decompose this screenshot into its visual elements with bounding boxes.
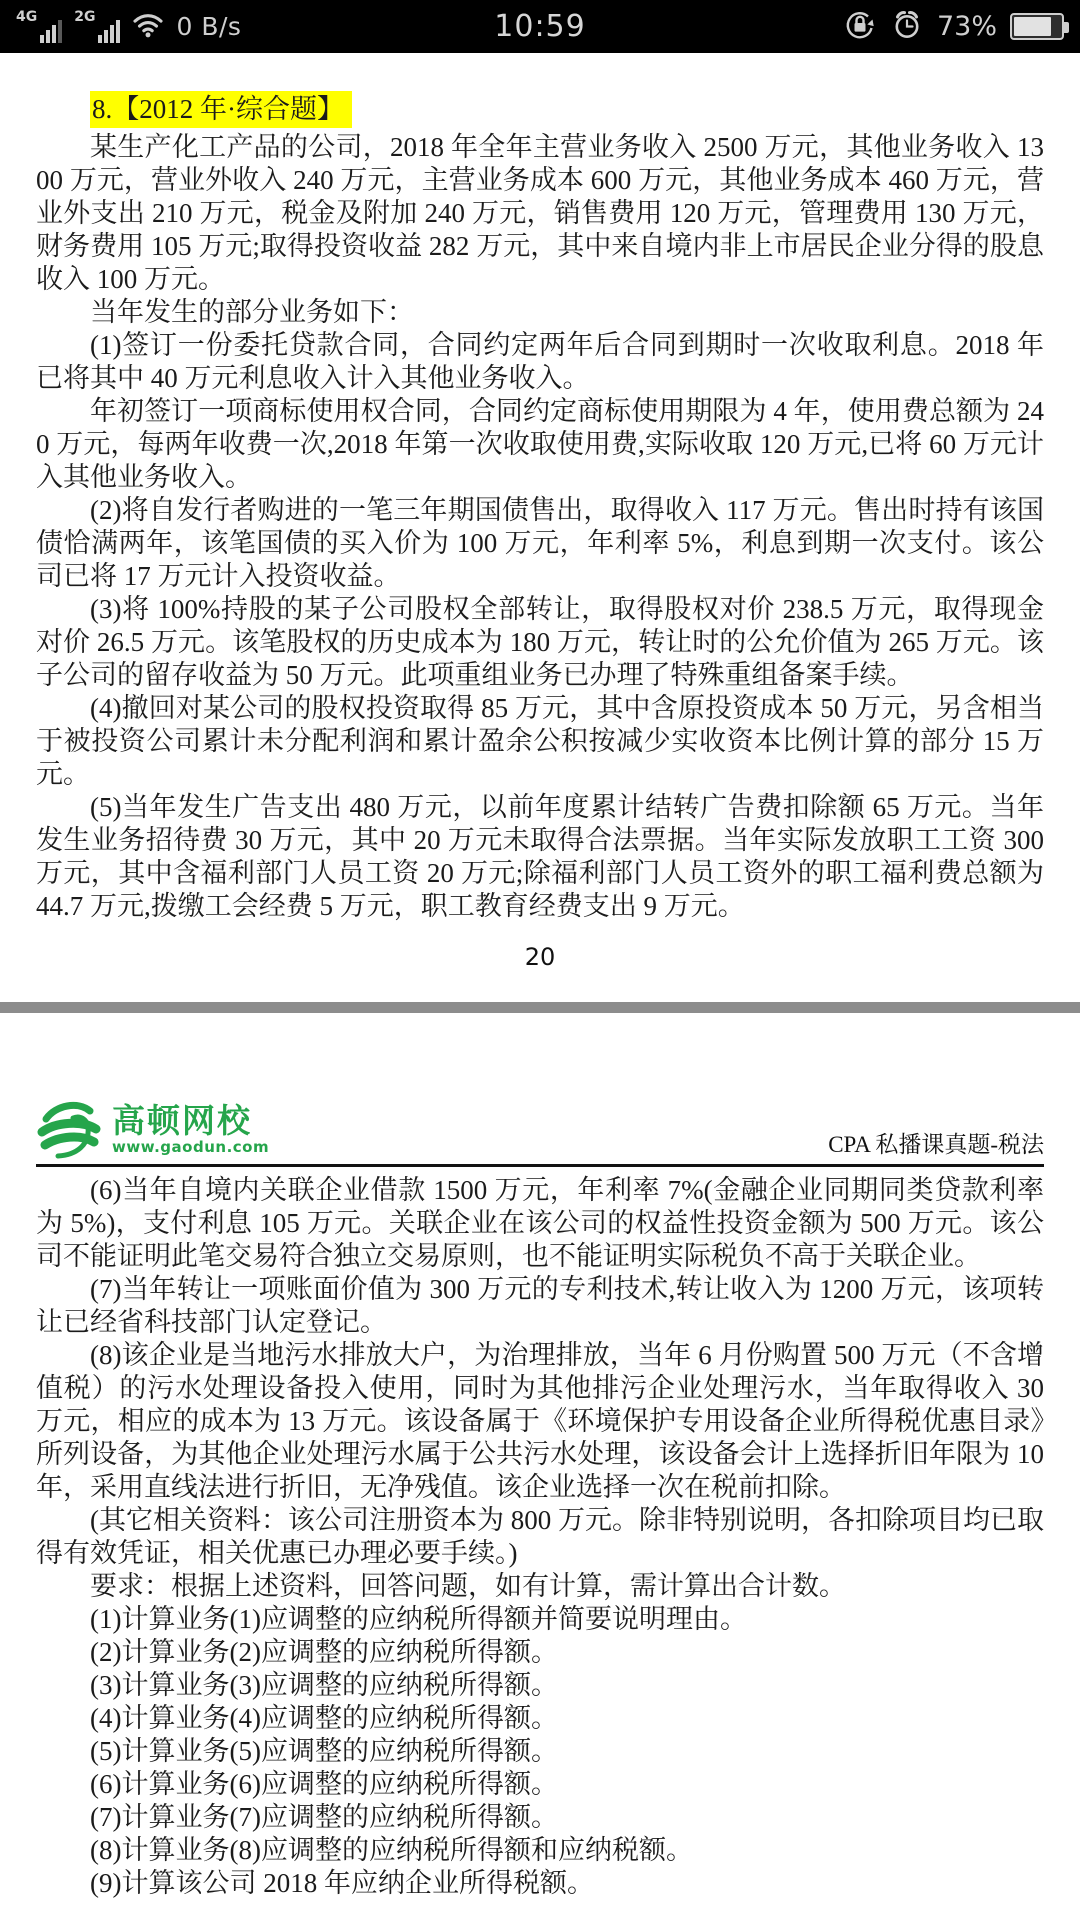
paragraph: (8)计算业务(8)应调整的应纳税所得额和应纳税额。 (36, 1834, 1044, 1867)
page2-paragraphs: (6)当年自境内关联企业借款 1500 万元，年利率 7%(金融企业同期同类贷款… (36, 1174, 1044, 1603)
paragraph: (6)计算业务(6)应调整的应纳税所得额。 (36, 1768, 1044, 1801)
paragraph: (5)当年发生广告支出 480 万元，以前年度累计结转广告费扣除额 65 万元。… (36, 791, 1044, 923)
header-rule (36, 1164, 1044, 1167)
status-left-group: 4G 2G 0 B/s (16, 11, 241, 43)
paragraph: (2)将自发行者购进的一笔三年期国债售出，取得收入 117 万元。售出时持有该国… (36, 494, 1044, 593)
signal-bars (40, 17, 62, 43)
paragraph: (6)当年自境内关联企业借款 1500 万元，年利率 7%(金融企业同期同类贷款… (36, 1174, 1044, 1273)
alarm-clock-icon (890, 8, 924, 46)
gaodun-logo-icon (36, 1099, 102, 1161)
gaodun-logo-name: 高顿网校 (112, 1104, 269, 1138)
wifi-icon (132, 12, 164, 42)
signal-bars (98, 17, 120, 43)
paragraph: (4)撤回对某公司的股权投资取得 85 万元，其中含原投资成本 50 万元，另含… (36, 692, 1044, 791)
question-title: 8.【2012 年·综合题】 (90, 89, 1044, 129)
requirement-list: (1)计算业务(1)应调整的应纳税所得额并简要说明理由。(2)计算业务(2)应调… (36, 1603, 1044, 1900)
paragraph: (5)计算业务(5)应调整的应纳税所得额。 (36, 1735, 1044, 1768)
gaodun-logo: 高顿网校 www.gaodun.com (36, 1099, 269, 1161)
page2-body-text: (6)当年自境内关联企业借款 1500 万元，年利率 7%(金融企业同期同类贷款… (36, 1174, 1044, 1900)
paragraph: (9)计算该公司 2018 年应纳企业所得税额。 (36, 1867, 1044, 1900)
rotation-lock-icon (843, 8, 877, 46)
page-number: 20 (36, 943, 1044, 971)
signal-2g-label: 2G (74, 11, 95, 24)
highlighted-title-text: 8.【2012 年·综合题】 (90, 91, 352, 128)
gaodun-logo-url: www.gaodun.com (112, 1138, 269, 1156)
paragraph: 某生产化工产品的公司，2018 年全年主营业务收入 2500 万元，其他业务收入… (36, 131, 1044, 296)
paragraph: (1)签订一份委托贷款合同，合同约定两年后合同到期时一次收取利息。2018 年已… (36, 329, 1044, 395)
paragraph: 要求：根据上述资料，回答问题，如有计算，需计算出合计数。 (36, 1570, 1044, 1603)
status-right-group: 73% (843, 8, 1064, 46)
paragraph: 当年发生的部分业务如下： (36, 296, 1044, 329)
page1-body-text: 某生产化工产品的公司，2018 年全年主营业务收入 2500 万元，其他业务收入… (36, 131, 1044, 923)
battery-icon (1010, 13, 1064, 40)
network-speed: 0 B/s (176, 12, 241, 41)
paragraph: (1)计算业务(1)应调整的应纳税所得额并简要说明理由。 (36, 1603, 1044, 1636)
paragraph: (4)计算业务(4)应调整的应纳税所得额。 (36, 1702, 1044, 1735)
paragraph: (其它相关资料：该公司注册资本为 800 万元。除非特别说明，各扣除项目均已取得… (36, 1504, 1044, 1570)
paragraph: 年初签订一项商标使用权合同，合同约定商标使用期限为 4 年，使用费总额为 240… (36, 395, 1044, 494)
signal-4g-icon: 4G (16, 11, 62, 43)
page-gap-divider (0, 1002, 1080, 1013)
signal-4g-label: 4G (16, 11, 37, 24)
battery-percent: 73% (937, 11, 997, 42)
pdf-page-2: 高顿网校 www.gaodun.com CPA 私播课真题-税法 (6)当年自境… (0, 1013, 1080, 1920)
paragraph: (8)该企业是当地污水排放大户，为治理排放，当年 6 月份购置 500 万元（不… (36, 1339, 1044, 1504)
status-bar: 4G 2G 0 B/s 10:59 (0, 0, 1080, 53)
paragraph: (7)计算业务(7)应调整的应纳税所得额。 (36, 1801, 1044, 1834)
paragraph: (3)计算业务(3)应调整的应纳税所得额。 (36, 1669, 1044, 1702)
page2-header: 高顿网校 www.gaodun.com CPA 私播课真题-税法 (36, 1013, 1044, 1167)
signal-2g-icon: 2G (74, 11, 120, 43)
pdf-page-1: 8.【2012 年·综合题】 某生产化工产品的公司，2018 年全年主营业务收入… (0, 53, 1080, 1002)
document-header-title: CPA 私播课真题-税法 (828, 1130, 1044, 1161)
paragraph: (2)计算业务(2)应调整的应纳税所得额。 (36, 1636, 1044, 1669)
battery-fill (1014, 17, 1051, 36)
paragraph: (7)当年转让一项账面价值为 300 万元的专利技术,转让收入为 1200 万元… (36, 1273, 1044, 1339)
paragraph: (3)将 100%持股的某子公司股权全部转让，取得股权对价 238.5 万元，取… (36, 593, 1044, 692)
